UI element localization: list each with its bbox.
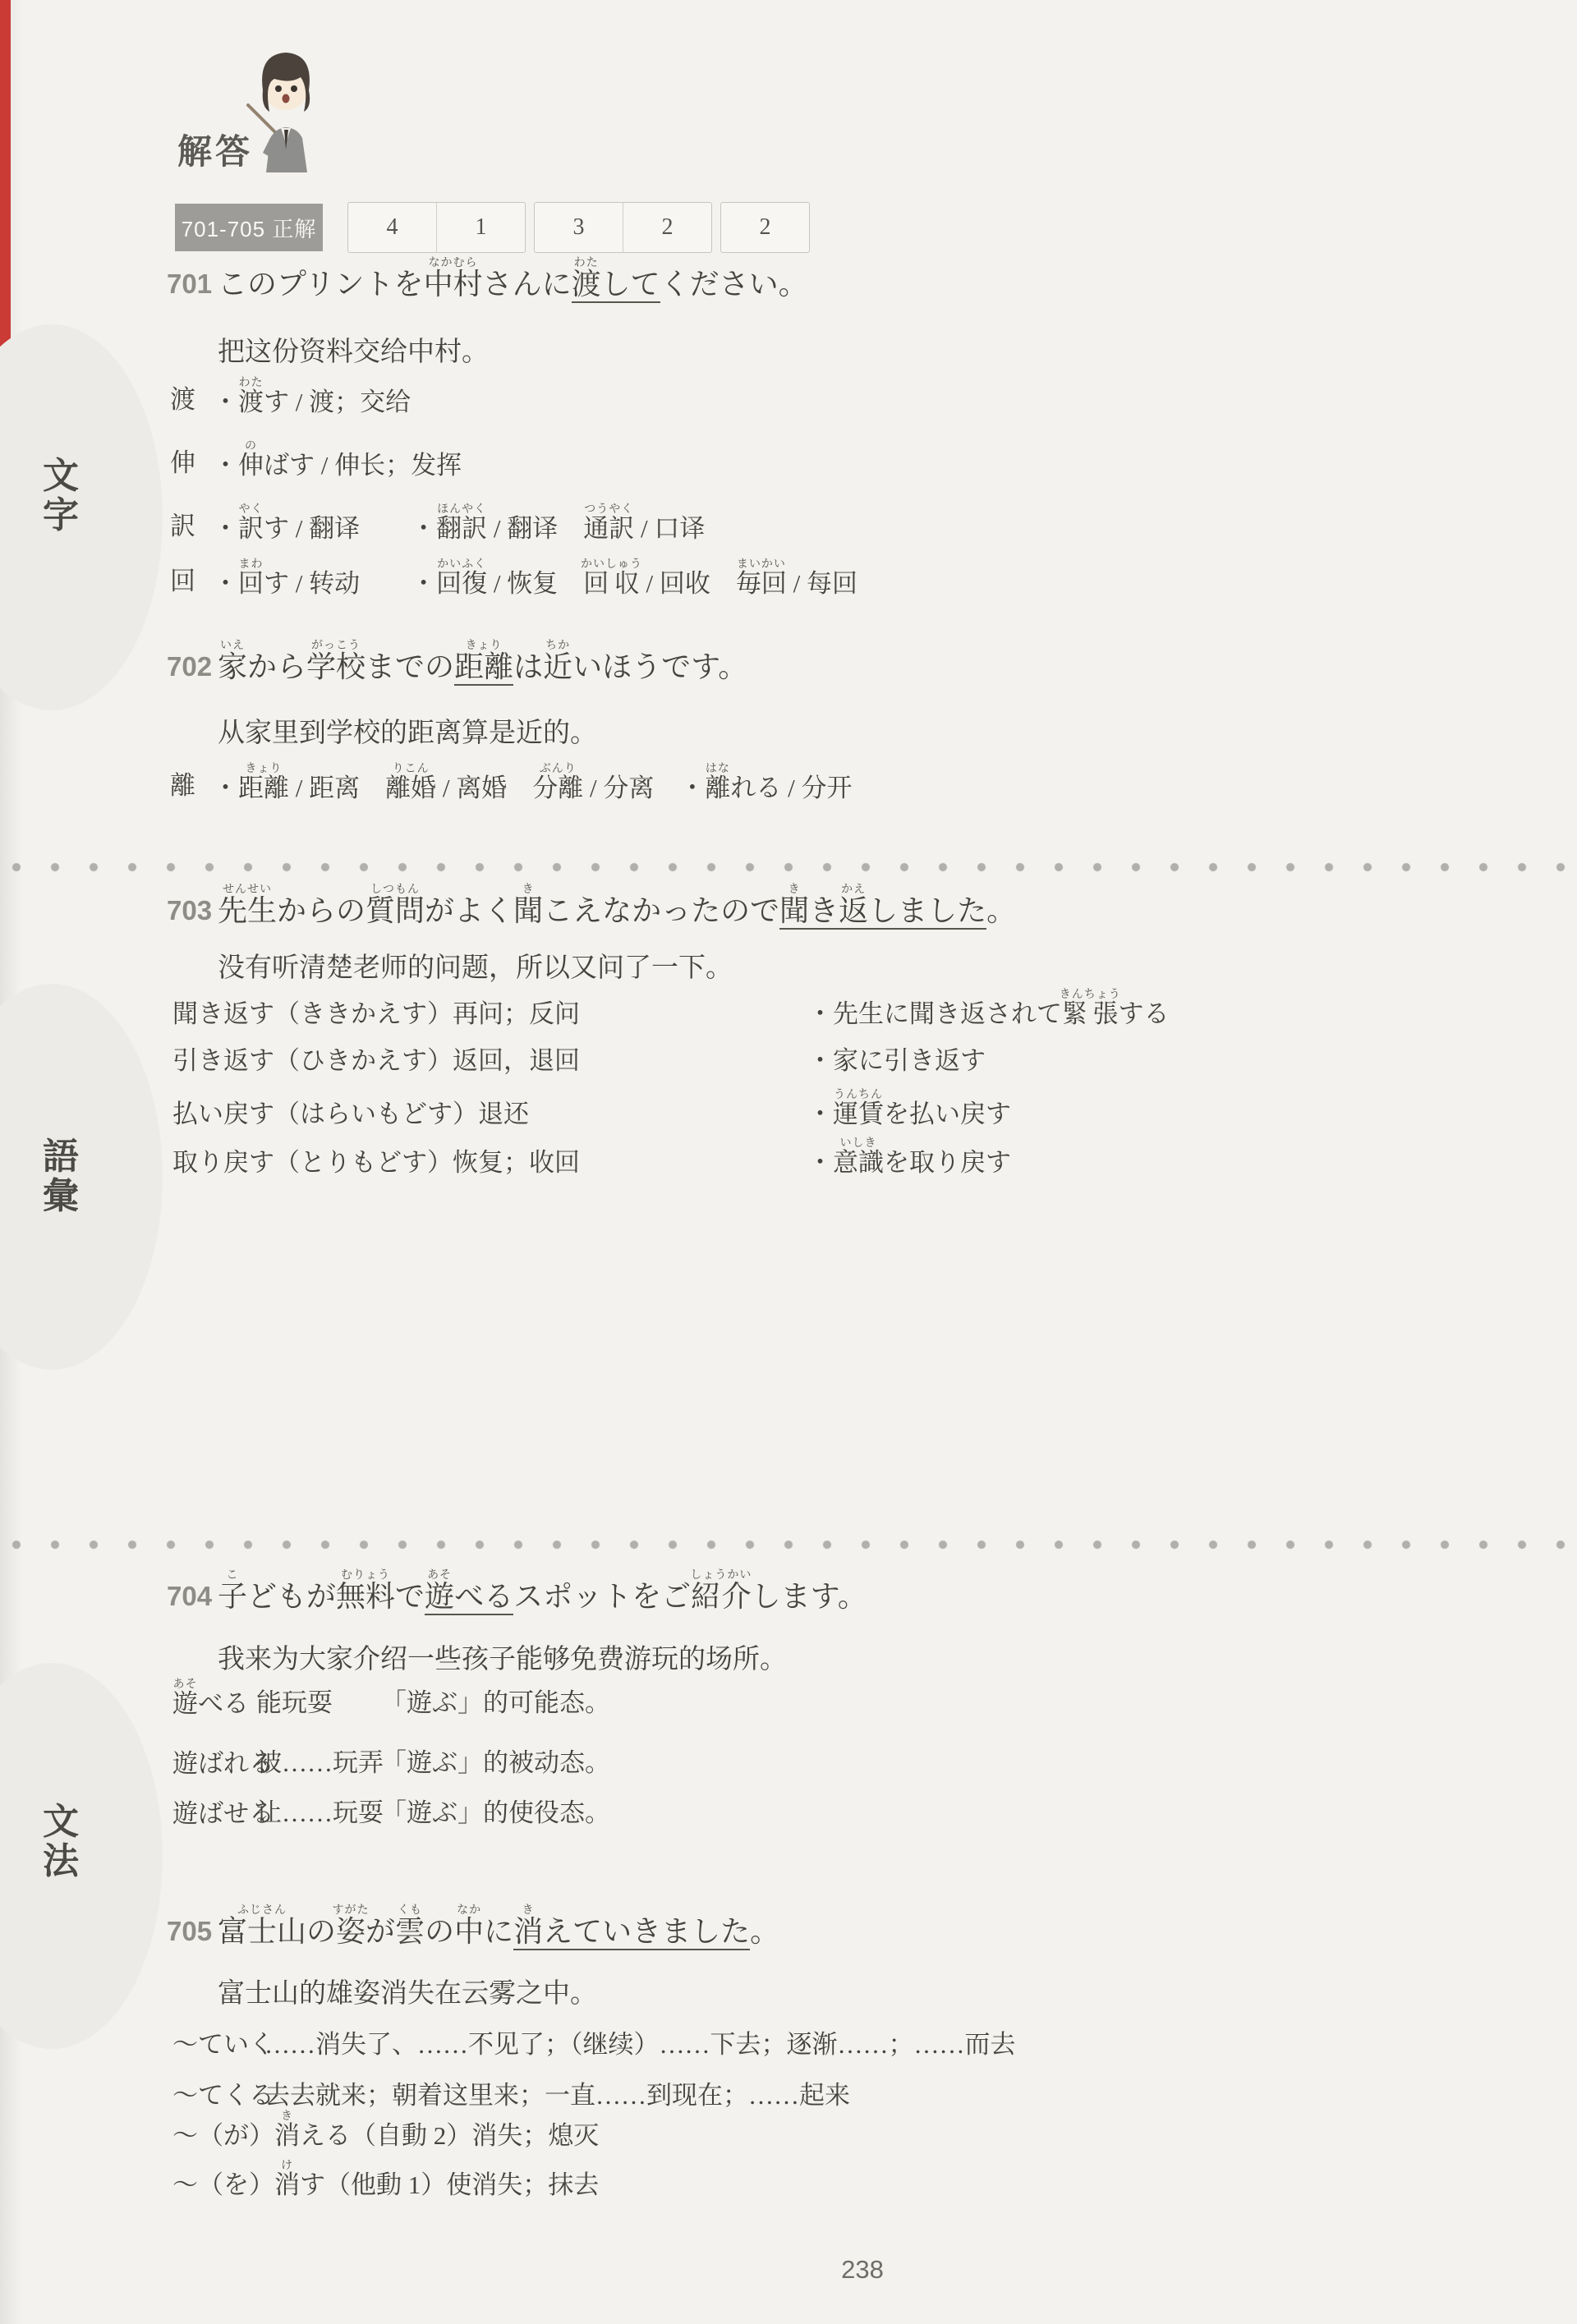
vocab-example: ・運賃うんちんを払い戻す [807, 1089, 1011, 1130]
grammar-meaning: 去去就来；朝着这里来；一直……到现在；……起来 [264, 2074, 850, 2111]
vocab-pair-row: 取り戻す（とりもどす）恢复；收回 ・意識いしきを取り戻す [172, 1137, 1011, 1178]
vocab-lead-kanji: 伸 [170, 442, 213, 480]
vocab-lead-kanji: 回 [170, 560, 213, 599]
dotted-divider [11, 862, 1577, 872]
question-translation: 富士山的雄姿消失在云雾之中。 [218, 1972, 597, 2010]
grammar-form: ～てくる [172, 2074, 264, 2111]
grammar-meaning: 能玩耍 [256, 1682, 381, 1719]
question-704: 704 子こどもが無料むりょうで遊あそべるスポットをご紹介しょうかいします。 [167, 1569, 867, 1614]
grammar-row: 遊ばれる 被……玩弄 「遊ぶ」的被动态。 [172, 1742, 610, 1779]
vocab-pair-row: 払い戻す（はらいもどす）退还 ・運賃うんちんを払い戻す [172, 1089, 1011, 1130]
grammar-form: 遊ばせる [172, 1799, 256, 1829]
question-703: 703 先生せんせいからの質問しつもんがよく聞きこえなかったので聞きき返かえしま… [167, 884, 1016, 928]
grammar-note: 「遊ぶ」的可能态。 [381, 1682, 610, 1719]
grammar-form: ～ていく [172, 2023, 264, 2060]
grammar-row: ～（を）消けす（他動 1）使消失；抹去 [172, 2160, 599, 2200]
side-tab-bunpo [0, 1663, 163, 2049]
question-translation: 我来为大家介绍一些孩子能够免费游玩的场所。 [218, 1637, 787, 1676]
answer-range-label: 701-705 正解 [175, 204, 323, 251]
side-tab-bunpo-label: 文法 [43, 1803, 79, 1881]
side-tab-moji-label: 文字 [43, 457, 79, 535]
answer-cell-group: 4 1 [347, 202, 526, 253]
vocab-line: ・渡わたす / 渡；交给 [213, 377, 411, 417]
vocab-line: ・距離きょり / 距离 離婚りこん / 离婚 分離ぶんり / 分离 ・離はなれる… [213, 763, 853, 803]
vocab-row: 渡 ・渡わたす / 渡；交给 [170, 377, 411, 417]
header-label: 解答 [177, 125, 253, 174]
vocab-lead-kanji: 離 [170, 765, 213, 803]
question-number: 705 [167, 1916, 218, 1949]
question-sentence: 家いえから学校がっこうまでの距離きょりは近ちかいほうです。 [218, 640, 747, 684]
question-702: 702 家いえから学校がっこうまでの距離きょりは近ちかいほうです。 [167, 640, 747, 684]
question-translation: 没有听清楚老师的问题，所以又问了一下。 [218, 946, 733, 985]
question-translation: 把这份资料交给中村。 [218, 330, 489, 369]
question-sentence: 子こどもが無料むりょうで遊あそべるスポットをご紹介しょうかいします。 [218, 1569, 867, 1614]
side-tab-moji [0, 324, 163, 710]
question-number: 701 [167, 269, 218, 301]
vocab-pair-row: 引き返す（ひきかえす）返回，退回 ・家に引き返す [172, 1040, 986, 1077]
answer-cell-group: 3 2 [534, 202, 712, 253]
grammar-note: 「遊ぶ」的被动态。 [381, 1742, 610, 1779]
question-number: 703 [167, 895, 218, 928]
grammar-row: ～（が）消きえる（自動 2）消失；熄灭 [172, 2110, 599, 2151]
answer-cell-705: 2 [721, 203, 809, 252]
grammar-row: ～ていく ……消失了、……不见了；（继续）……下去；逐渐……；……而去 [172, 2023, 1016, 2060]
vocab-definition: 聞き返す（ききかえす）再问；反问 [172, 993, 807, 1030]
grammar-form: ～（が）消きえる（自動 2）消失；熄灭 [172, 2110, 599, 2151]
question-translation: 从家里到学校的距离算是近的。 [218, 711, 597, 750]
vocab-row: 回 ・回まわす / 转动 ・回復かいふく / 恢复 回収かいしゅう / 回收 毎… [170, 558, 857, 599]
question-number: 704 [167, 1581, 218, 1614]
grammar-form: ～（を）消けす（他動 1）使消失；抹去 [172, 2160, 599, 2200]
side-tab-goi-label: 語彙 [43, 1137, 79, 1216]
answer-cell-703: 3 [535, 203, 623, 252]
page-number: 238 [823, 2255, 902, 2285]
answer-cells: 4 1 3 2 2 [347, 202, 810, 253]
teacher-illustration [243, 41, 329, 172]
vocab-example: ・意識いしきを取り戻す [807, 1137, 1011, 1178]
vocab-row: 伸 ・伸のばす / 伸长；发挥 [170, 440, 462, 480]
vocab-lead-kanji: 訳 [170, 505, 213, 544]
vocab-example: ・家に引き返す [807, 1040, 986, 1077]
question-sentence: 先生せんせいからの質問しつもんがよく聞きこえなかったので聞きき返かえしました。 [218, 884, 1016, 928]
question-sentence: このプリントを中村なかむらさんに渡わたしてください。 [218, 257, 808, 301]
question-701: 701 このプリントを中村なかむらさんに渡わたしてください。 [167, 257, 808, 301]
vocab-definition: 引き返す（ひきかえす）返回，退回 [172, 1040, 807, 1077]
answer-cell-702: 1 [436, 203, 525, 252]
answer-cell-701: 4 [348, 203, 436, 252]
answer-cell-group: 2 [720, 202, 810, 253]
side-tab-goi [0, 984, 163, 1370]
vocab-pair-row: 聞き返す（ききかえす）再问；反问 ・先生に聞き返されて緊張きんちょうする [172, 989, 1170, 1030]
vocab-row: 離 ・距離きょり / 距离 離婚りこん / 离婚 分離ぶんり / 分离 ・離はな… [170, 763, 853, 803]
vocab-lead-kanji: 渡 [170, 379, 213, 417]
grammar-note: 「遊ぶ」的使役态。 [381, 1792, 610, 1829]
vocab-line: ・伸のばす / 伸长；发挥 [213, 440, 462, 480]
grammar-form: 遊ばれる [172, 1749, 256, 1779]
question-number: 702 [167, 651, 218, 684]
grammar-meaning: 让……玩耍 [256, 1792, 381, 1829]
vocab-definition: 払い戻す（はらいもどす）退还 [172, 1093, 807, 1130]
answer-cell-704: 2 [623, 203, 711, 252]
grammar-row: 遊ばせる 让……玩耍 「遊ぶ」的使役态。 [172, 1792, 610, 1829]
grammar-meaning: 被……玩弄 [256, 1742, 381, 1779]
vocab-line: ・回まわす / 转动 ・回復かいふく / 恢复 回収かいしゅう / 回收 毎回ま… [213, 558, 857, 599]
vocab-definition: 取り戻す（とりもどす）恢复；收回 [172, 1141, 807, 1178]
question-sentence: 富士山ふじさんの姿すがたが雲くもの中なかに消きえていきました。 [218, 1904, 779, 1949]
vocab-line: ・訳やくす / 翻译 ・翻訳ほんやく / 翻译 通訳つうやく / 口译 [213, 503, 705, 544]
answer-key-page: 解答 701-705 正解 4 1 3 2 2 701 このプリントを中村なかむ… [0, 0, 1577, 2324]
dotted-divider [11, 1540, 1577, 1550]
grammar-form: 遊あそべる [172, 1679, 256, 1719]
grammar-row: 遊あそべる 能玩耍 「遊ぶ」的可能态。 [172, 1679, 610, 1719]
grammar-meaning: ……消失了、……不见了；（继续）……下去；逐渐……；……而去 [264, 2023, 1016, 2060]
grammar-row: ～てくる 去去就来；朝着这里来；一直……到现在；……起来 [172, 2074, 850, 2111]
vocab-example: ・先生に聞き返されて緊張きんちょうする [807, 989, 1170, 1030]
vocab-row: 訳 ・訳やくす / 翻译 ・翻訳ほんやく / 翻译 通訳つうやく / 口译 [170, 503, 705, 544]
question-705: 705 富士山ふじさんの姿すがたが雲くもの中なかに消きえていきました。 [167, 1904, 779, 1949]
